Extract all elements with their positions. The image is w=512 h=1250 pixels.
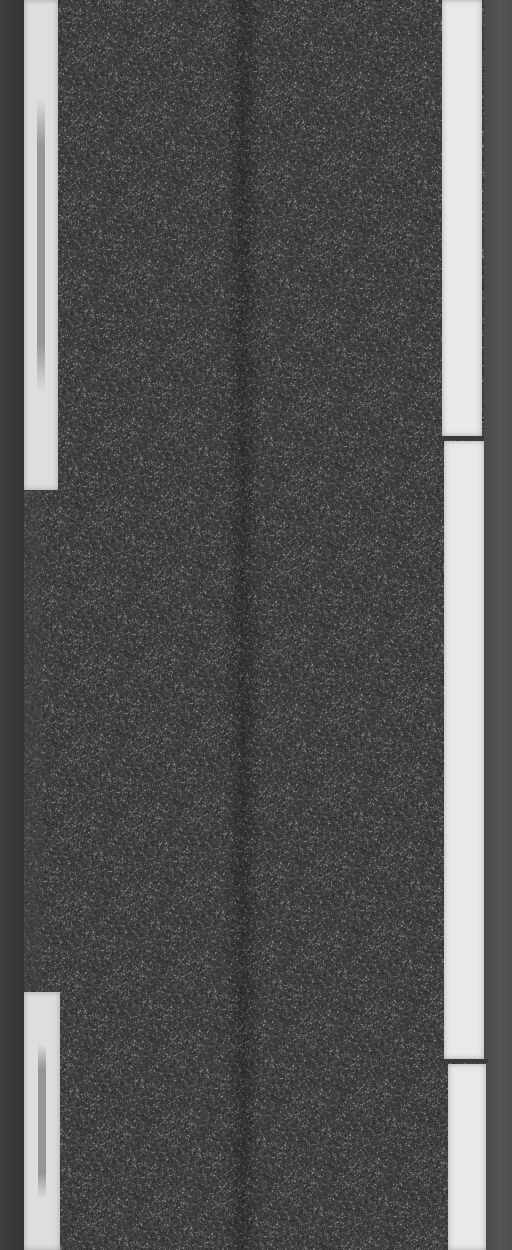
left-shoulder	[0, 0, 24, 1250]
edge-line-joint	[442, 436, 484, 440]
right-edge-line-segment	[442, 0, 482, 436]
right-edge-line-segment	[444, 441, 484, 1059]
right-shoulder	[484, 0, 512, 1250]
right-edge-line-segment	[448, 1064, 486, 1250]
edge-line-joint	[446, 1059, 488, 1063]
left-dashed-lane-marking	[24, 0, 58, 490]
wheel-track-center	[226, 0, 260, 1250]
left-dashed-lane-marking	[24, 992, 60, 1250]
left-shoulder-patch	[24, 490, 42, 990]
road-surface	[0, 0, 512, 1250]
